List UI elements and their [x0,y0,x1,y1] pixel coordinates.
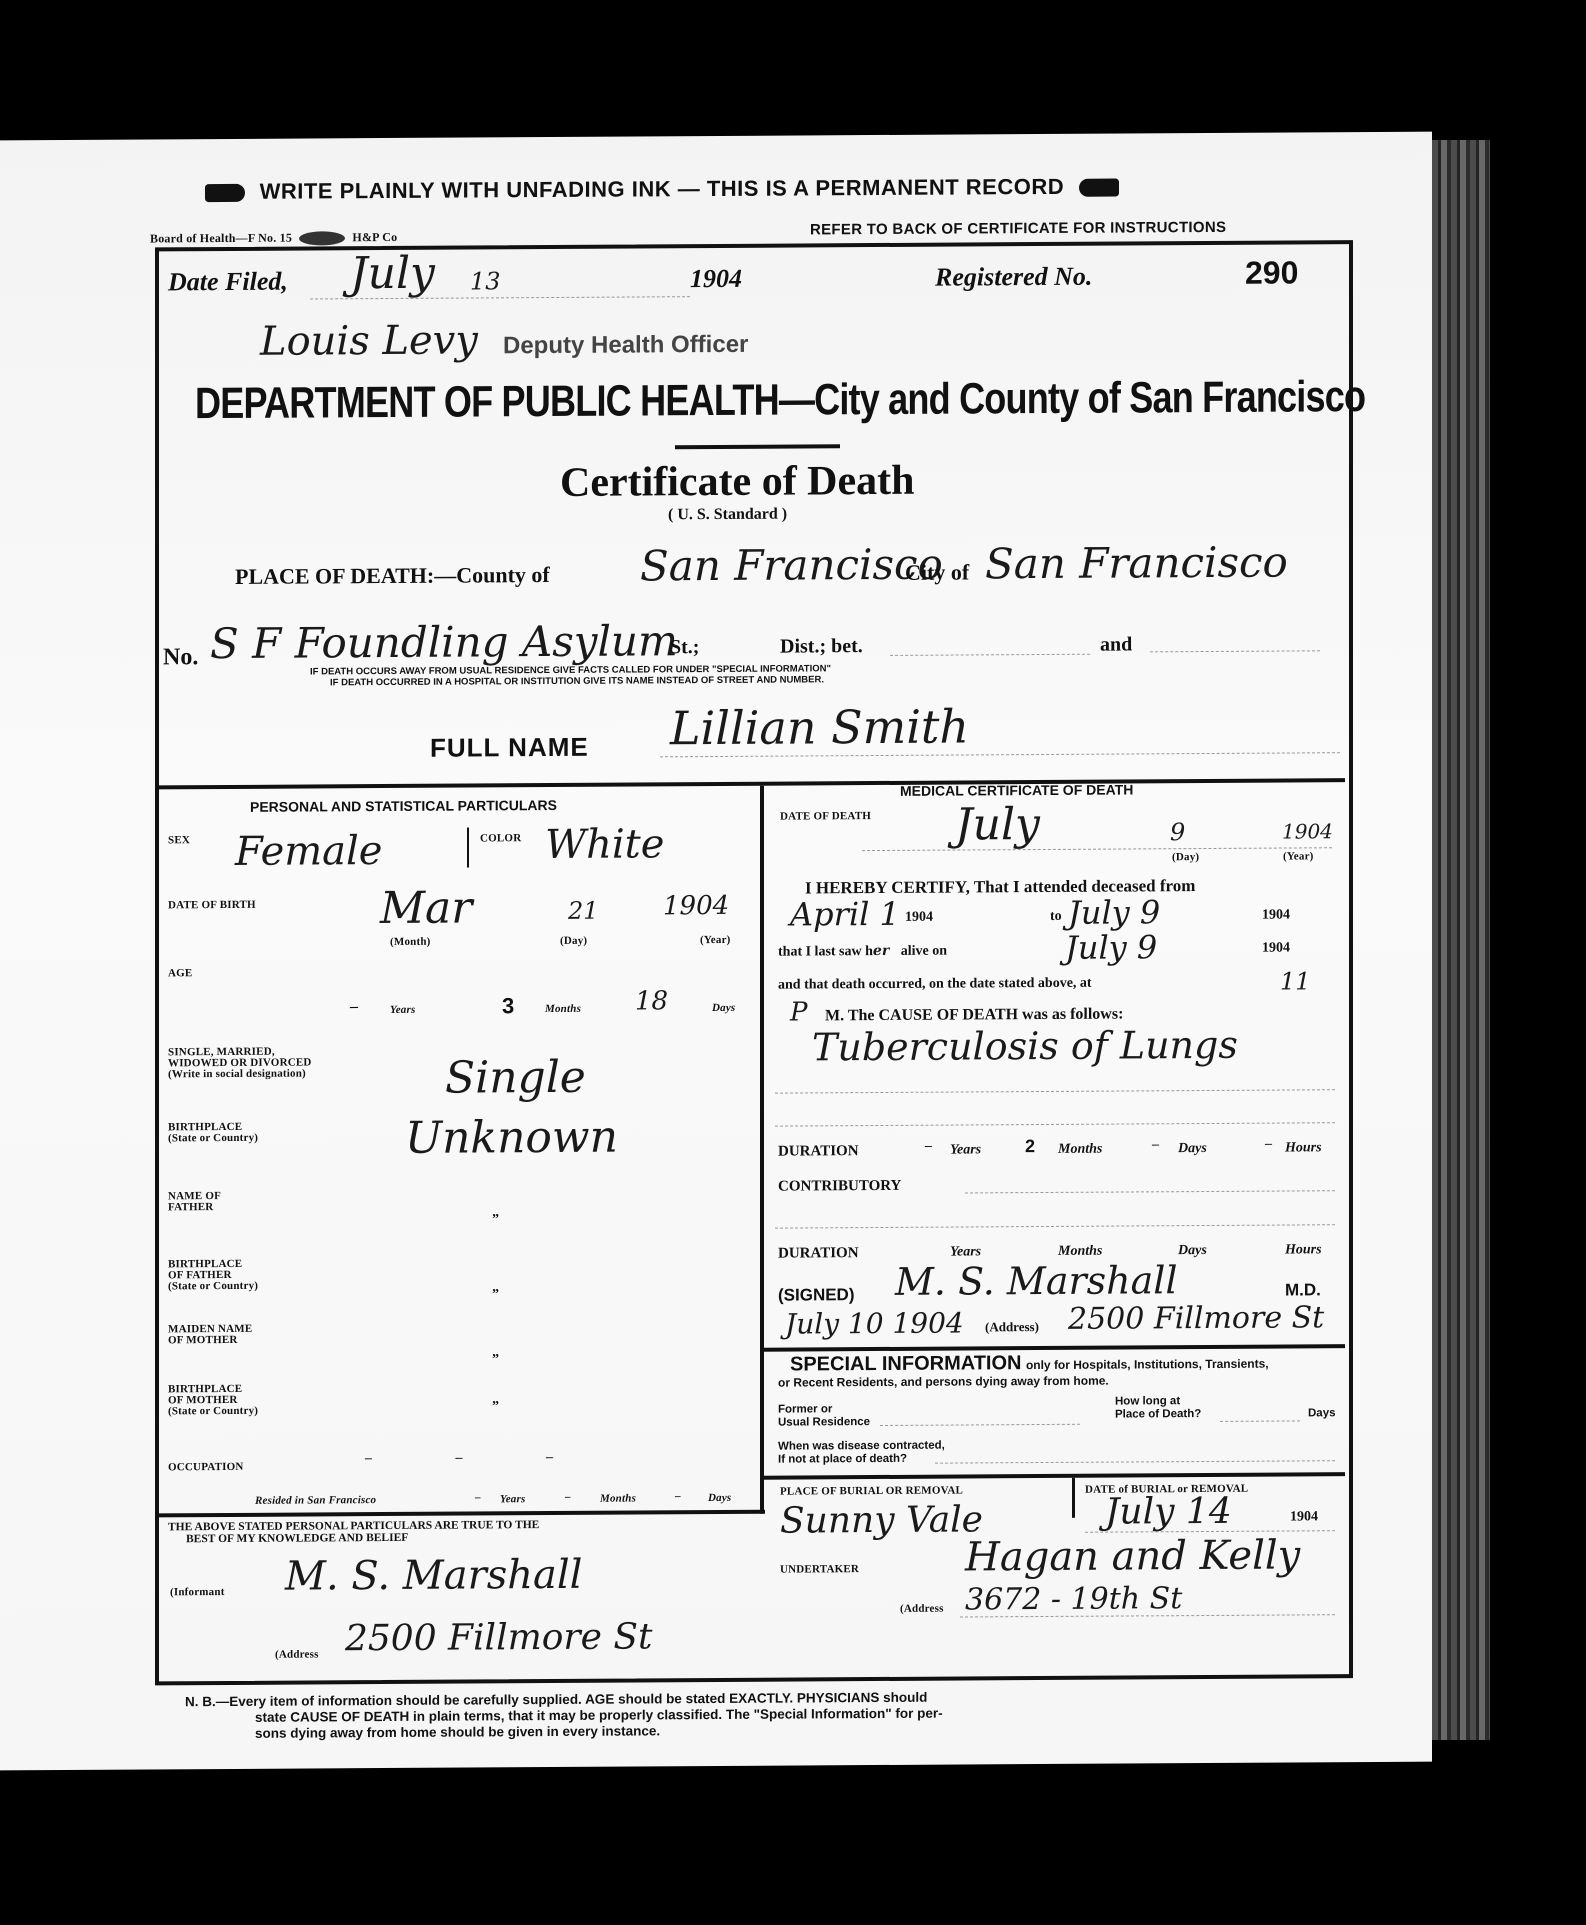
standard-subtitle: ( U. S. Standard ) [668,506,787,525]
attended-to-date: July 9 [1068,893,1160,932]
registered-number: 290 [1245,254,1298,291]
informant-label: (Informant [170,1586,225,1598]
attended-from-year: 1904 [905,910,933,926]
undertaker-value: Hagan and Kelly [965,1532,1300,1580]
date-filed-day: 13 [470,267,501,295]
officer-title: Deputy Health Officer [503,331,748,360]
month-caption: (Month) [390,936,431,948]
mother-name-label: MAIDEN NAMEOF MOTHER [168,1324,252,1347]
burial-date-value: July 14 [1105,1491,1232,1533]
physician-address-label: (Address) [985,1319,1039,1335]
occupation-value: – – – [365,1450,593,1467]
burial-place-label: PLACE OF BURIAL OR REMOVAL [780,1484,963,1497]
how-long-label: How long atPlace of Death? [1115,1395,1201,1422]
st-label: St.; [670,636,699,659]
warning-text: WRITE PLAINLY WITH UNFADING INK — THIS I… [260,174,1065,204]
union-label-icon [299,232,345,246]
duration2-days-caption: Days [1178,1243,1207,1259]
undertaker-label: UNDERTAKER [780,1563,859,1575]
special-info-subheading: or Recent Residents, and persons dying a… [778,1374,1109,1390]
place-address-value: S F Foundling Asylum [210,616,678,668]
street-no-label: No. [163,644,198,671]
days-caption: Days [712,1002,735,1014]
duration-years: – [925,1139,932,1155]
duration2-label: DURATION [778,1245,859,1262]
birthplace-value: Unknown [405,1112,618,1164]
date-filed-year: 1904 [690,264,742,294]
last-saw-line: that I last saw her alive on [778,943,947,961]
duration-years-caption: Years [950,1142,981,1158]
age-label: AGE [168,967,192,979]
dist-label: Dist.; bet. [780,635,863,659]
county-value: San Francisco [640,540,943,591]
footnote: N. B.—Every item of information should b… [185,1690,943,1743]
officer-signature: Louis Levy [260,317,478,364]
duration-months: 2 [1025,1136,1035,1157]
dod-year: 1904 [1282,819,1333,843]
duration2-years-caption: Years [950,1244,981,1260]
special-info-heading: SPECIAL INFORMATION only for Hospitals, … [790,1351,1269,1377]
resided-days-caption: Days [708,1492,731,1504]
dod-month: July [955,799,1040,851]
months-caption: Months [545,1003,581,1015]
death-meridiem: P [790,997,808,1027]
and-label: and [1100,633,1132,656]
occupation-label: OCCUPATION [168,1461,244,1473]
mother-birthplace-label: BIRTHPLACEOF MOTHER(State or Country) [168,1384,258,1418]
date-filed-label: Date Filed, [168,267,288,298]
duration2-months-caption: Months [1058,1244,1102,1260]
duration-hours-caption: Hours [1285,1140,1322,1156]
duration2-hours-caption: Hours [1285,1242,1322,1258]
father-birthplace-value: ” [492,1287,499,1303]
birthplace-label: BIRTHPLACE(State or Country) [168,1122,258,1145]
dod-label: DATE OF DEATH [780,810,871,823]
how-long-days-label: Days [1308,1407,1336,1419]
dob-month: Mar [380,882,472,934]
dob-label: DATE OF BIRTH [168,899,256,912]
duration-days-caption: Days [1178,1141,1207,1157]
place-note: IF DEATH OCCURS AWAY FROM USUAL RESIDENC… [310,663,831,688]
mother-birthplace-value: ” [492,1399,499,1415]
resided-years: – [475,1491,481,1503]
marital-value: Single [445,1052,586,1104]
informant-address: 2500 Fillmore St [345,1616,652,1659]
dob-year: 1904 [663,891,729,921]
age-months: 3 [502,993,514,1019]
mother-name-value: ” [492,1352,499,1368]
attended-to-year: 1904 [1262,907,1290,923]
resided-days: – [675,1490,681,1502]
medical-heading: MEDICAL CERTIFICATE OF DEATH [900,781,1133,798]
dod-day: 9 [1170,818,1185,846]
informant-address-label: (Address [275,1648,319,1660]
dob-day: 21 [568,897,599,925]
pointing-hand-icon-right [1079,179,1119,197]
burial-year: 1904 [1290,1509,1318,1525]
marital-label: SINGLE, MARRIED,WIDOWED OR DIVORCED(Writ… [168,1046,312,1080]
resided-label: Resided in San Francisco [255,1494,376,1507]
full-name-label: FULL NAME [430,732,589,764]
city-value: San Francisco [985,538,1288,589]
full-name-value: Lillian Smith [670,699,969,755]
death-hour: 11 [1280,967,1311,995]
age-days: 18 [635,986,668,1016]
physician-signature: M. S. Marshall [895,1258,1178,1304]
pointing-hand-icon [205,184,245,202]
duration-label: DURATION [778,1143,859,1160]
dod-year-caption: (Year) [1283,850,1314,862]
year-caption: (Year) [700,934,731,946]
duration-days: – [1152,1137,1159,1153]
alive-year: 1904 [1262,940,1290,956]
sex-label: SEX [168,834,190,846]
form-number: Board of Health—F No. 15 H&P Co [150,230,397,247]
cause-label: M. The CAUSE OF DEATH was as follows: [825,1006,1123,1026]
signed-label: (SIGNED) [778,1285,855,1305]
attended-from-date: April 1 [790,895,900,934]
contributory-label: CONTRIBUTORY [778,1178,901,1196]
burial-place-value: Sunny Vale [780,1499,983,1541]
color-label: COLOR [480,832,521,844]
father-name-value: ” [492,1212,499,1228]
department-title: DEPARTMENT OF PUBLIC HEALTH—City and Cou… [195,372,1365,429]
father-name-label: NAME OFFATHER [168,1191,221,1213]
physician-address: 2500 Fillmore St [1068,1300,1324,1337]
informant-name: M. S. Marshall [285,1552,582,1600]
personal-heading: PERSONAL AND STATISTICAL PARTICULARS [250,797,557,815]
resided-years-caption: Years [500,1493,525,1505]
to-label: to [1050,909,1062,925]
undertaker-address-label: (Address [900,1603,944,1615]
father-birthplace-label: BIRTHPLACEOF FATHER(State or Country) [168,1259,258,1293]
undertaker-address: 3672 - 19th St [965,1581,1182,1617]
resided-months-caption: Months [600,1492,636,1504]
informant-statement: THE ABOVE STATED PERSONAL PARTICULARS AR… [168,1519,539,1545]
cause-of-death-value: Tuberculosis of Lungs [812,1023,1238,1070]
color-value: White [545,821,664,868]
sex-value: Female [235,828,382,875]
resided-months: – [565,1491,571,1503]
duration-months-caption: Months [1058,1142,1102,1158]
duration-hours: – [1265,1137,1272,1153]
signed-date: July 10 1904 [785,1306,964,1340]
years-caption: Years [390,1004,415,1016]
date-filed-month: July [350,248,435,300]
place-of-death-label: PLACE OF DEATH:—County of [235,562,550,590]
md-label: M.D. [1285,1280,1321,1300]
city-label: City of [905,559,969,585]
warning-banner: WRITE PLAINLY WITH UNFADING INK — THIS I… [205,174,1119,206]
refer-instructions: REFER TO BACK OF CERTIFICATE FOR INSTRUC… [810,219,1226,239]
day-caption: (Day) [560,935,587,947]
certificate-page: WRITE PLAINLY WITH UNFADING INK — THIS I… [0,132,1432,1771]
former-residence-label: Former orUsual Residence [778,1403,870,1430]
contracted-label: When was disease contracted,If not at pl… [778,1440,945,1467]
age-years: – [350,998,358,1016]
alive-date: July 9 [1065,928,1157,967]
book-spine-edge [1432,140,1490,1740]
registered-label: Registered No. [935,262,1092,293]
occurred-label: and that death occurred, on the date sta… [778,976,1092,994]
dod-day-caption: (Day) [1172,851,1199,863]
certificate-title: Certificate of Death [560,457,915,507]
